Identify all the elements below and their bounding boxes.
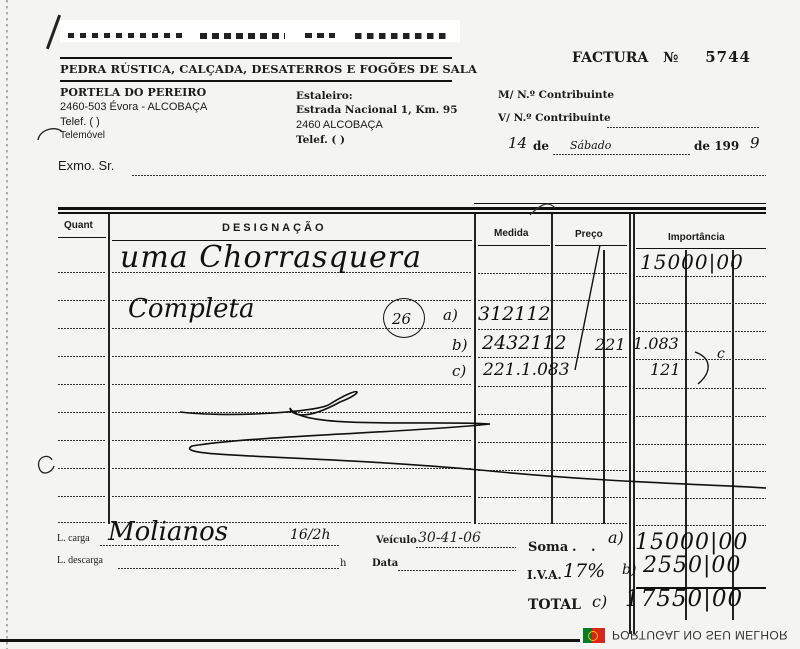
tagline: PEDRA RÚSTICA, CALÇADA, DESATERROS E FOG… — [60, 62, 477, 76]
date-day: 14 — [508, 134, 527, 152]
header-rule-bottom — [60, 80, 452, 82]
sum-marker: a) — [608, 528, 624, 547]
load-value: Molianos — [108, 517, 228, 547]
portugal-flag-icon — [583, 628, 605, 643]
invoice-title-label: FACTURA — [572, 50, 648, 66]
row5-measure: 221.1.083 — [483, 360, 570, 380]
load-time: 16/2h — [290, 527, 330, 543]
total-value: 17550|00 — [625, 586, 743, 612]
row1-designation: uma Chorrasquera — [120, 240, 422, 275]
date-year-digit: 9 — [750, 134, 760, 152]
slogan: PORTUGAL NO SEU MELHOR — [612, 628, 788, 642]
yard-line1: Estrada Nacional 1, Km. 95 — [296, 104, 458, 116]
yard-label: Estaleiro: — [296, 90, 353, 102]
sum-value: 15000|00 — [635, 530, 748, 555]
date-label: Data — [372, 558, 398, 569]
yard-phone: Telef. ( ) — [296, 134, 345, 146]
vat-rate: 17% — [563, 560, 605, 582]
phone-label: Telef. ( ) — [60, 116, 100, 128]
load-label: L. carga — [57, 533, 90, 544]
header-price: Preço — [575, 229, 603, 240]
header-quant: Quant — [64, 220, 93, 231]
date-month-field[interactable] — [553, 154, 690, 155]
sum-label: Soma — [528, 540, 568, 555]
unload-h: h — [340, 558, 346, 569]
vat-marker: b) — [622, 562, 636, 578]
header-underline-measure — [478, 245, 550, 246]
row4-price: 221 — [595, 335, 626, 354]
unload-label: L. descarga — [57, 555, 103, 566]
vehicle-value: 30-41-06 — [418, 530, 481, 546]
vehicle-field[interactable] — [416, 547, 516, 548]
recipient-label: Exmo. Sr. — [58, 158, 114, 173]
total-label: TOTAL — [528, 597, 581, 613]
row3-measure: 312112 — [478, 303, 551, 325]
invoice-number: 5744 — [705, 48, 751, 66]
table-top-rule-3 — [58, 212, 766, 214]
table-top-rule — [58, 207, 766, 210]
row1-amount: 15000|00 — [640, 250, 744, 274]
tax-id-mine-label: M/ N.º Contribuinte — [498, 89, 614, 101]
tax-id-yours-field[interactable] — [607, 127, 759, 128]
row3-circled-value: 26 — [392, 310, 411, 328]
sum-dots: . . — [572, 540, 601, 555]
address-line2: 2460-503 Évora - ALCOBAÇA — [60, 101, 207, 113]
bottom-rule — [0, 639, 580, 642]
header-underline-quant — [58, 237, 106, 238]
date-year-prefix: de 199 — [694, 139, 739, 153]
mobile-label: Telemóvel — [60, 130, 105, 141]
vehicle-label: Veículo — [376, 535, 417, 546]
row5-amount: 121 — [650, 360, 681, 379]
row5-note: c) — [452, 362, 466, 380]
col-divider-designation — [474, 214, 476, 524]
col-divider-price-inner — [603, 250, 605, 524]
date-month: Sábado — [570, 139, 611, 152]
address-line1: PORTELA DO PEREIRO — [60, 86, 206, 99]
row4-amount: 1.083 — [633, 334, 679, 353]
recipient-field[interactable] — [132, 175, 766, 176]
header-underline-price — [555, 245, 627, 246]
col-divider-quant — [108, 214, 110, 524]
row4-note: b) — [452, 336, 467, 354]
header-underline-amount — [636, 248, 766, 249]
vat-value: 2550|00 — [643, 553, 741, 578]
invoice-title: FACTURA № 5744 — [572, 48, 751, 66]
unload-field[interactable] — [118, 568, 340, 569]
invoice-number-symbol: № — [663, 50, 678, 66]
date-field[interactable] — [398, 570, 516, 571]
date-de1: de — [533, 139, 549, 153]
yard-line2: 2460 ALCOBAÇA — [296, 119, 383, 131]
bracket-note: c — [717, 346, 725, 362]
header-measure: Medida — [494, 228, 528, 239]
vat-label: I.V.A. — [527, 568, 562, 582]
row2-designation: Completa — [128, 294, 255, 324]
tax-id-yours-label: V/ N.º Contribuinte — [498, 112, 611, 124]
total-marker: c) — [592, 592, 607, 611]
header-amount: Importância — [668, 232, 725, 243]
table-top-rule-2 — [474, 203, 766, 204]
header-rule-top — [60, 57, 452, 59]
perforation-edge — [6, 0, 8, 649]
row4-measure: 2432112 — [482, 332, 567, 354]
header-designation: DESIGNAÇÃO — [222, 222, 327, 234]
row3-note: a) — [443, 306, 458, 324]
